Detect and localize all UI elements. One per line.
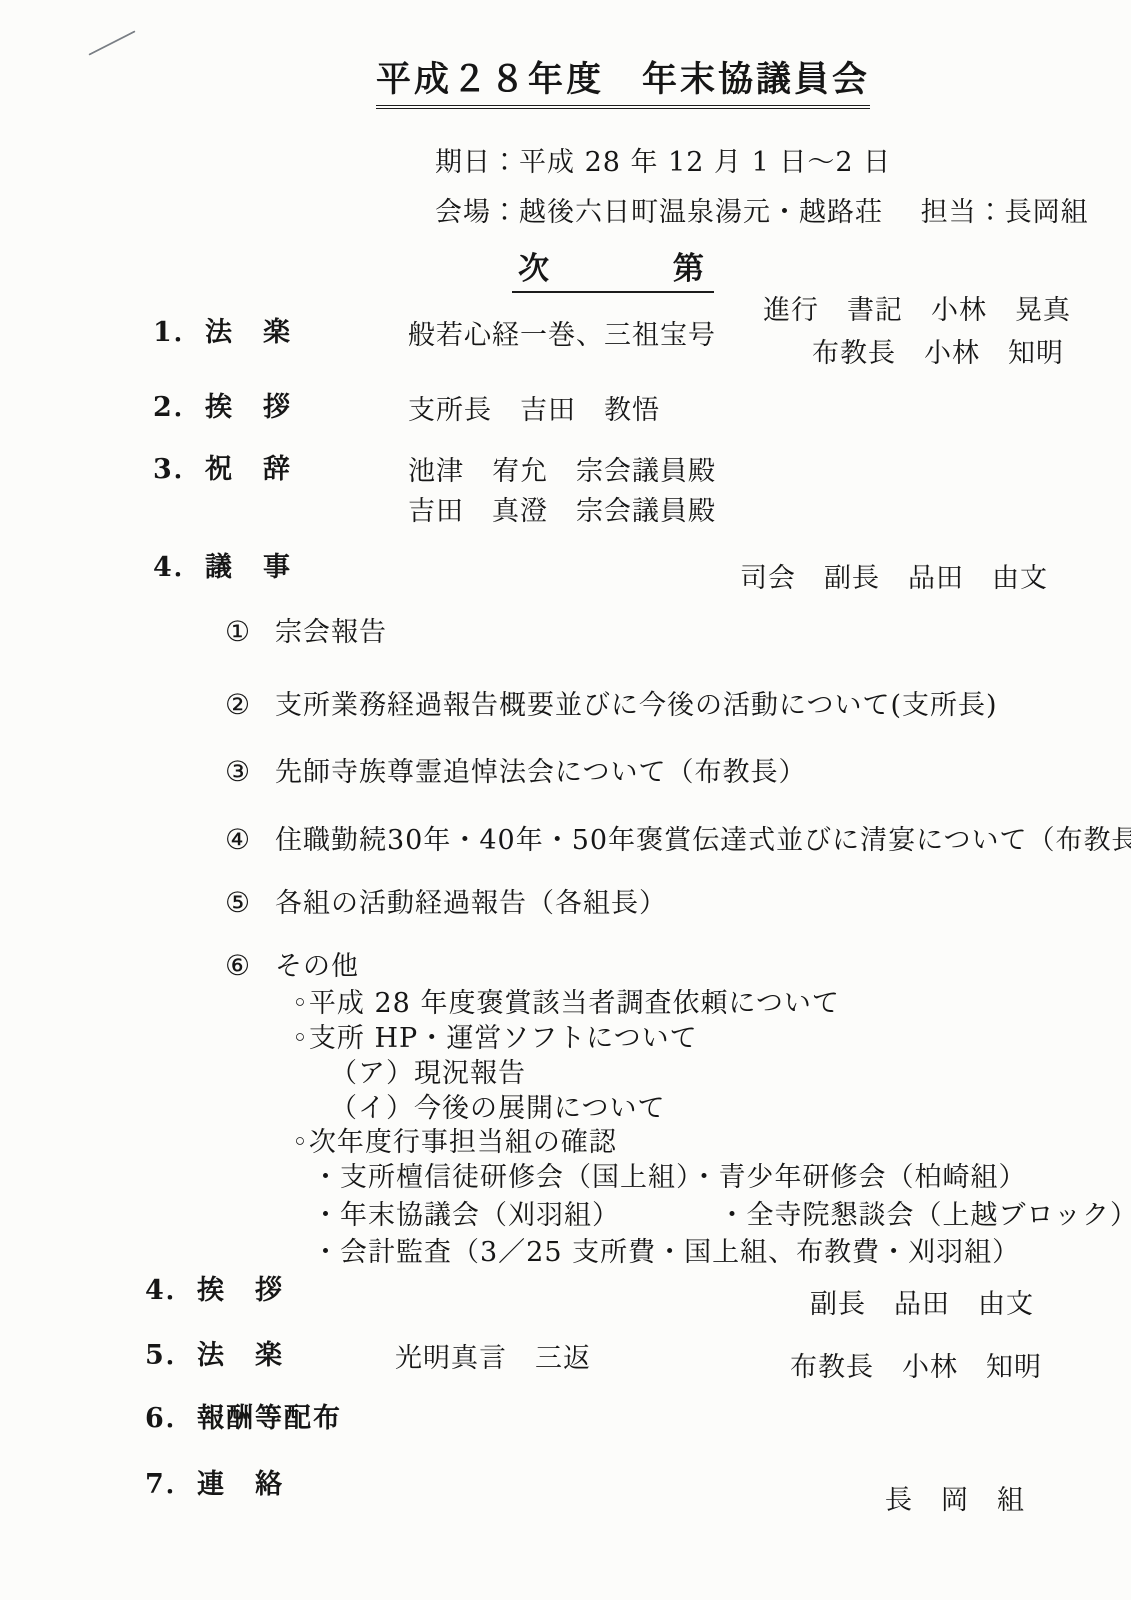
sonota-bullet-2: ◦支所 HP・運営ソフトについて xyxy=(292,1016,698,1055)
document-page: 平成２８年度 年末協議員会 期日：平成 28 年 12 月 1 日～2 日 会場… xyxy=(0,0,1131,1600)
giji-subitem-4-marker: ④ xyxy=(225,823,275,856)
item-5-number: 5． xyxy=(145,1333,197,1372)
giji-subitem-2: ②支所業務経過報告概要並びに今後の活動について(支所長) xyxy=(225,683,998,722)
item-3-detail-1: 池津 宥允 宗会議員殿 xyxy=(408,449,716,488)
item-4b-label: 挨 拶 xyxy=(197,1275,284,1306)
item-6-heading: 6．報酬等配布 xyxy=(145,1396,342,1435)
giji-subitem-5-text: 各組の活動経過報告（各組長） xyxy=(275,888,667,919)
giji-subitem-5-marker: ⑤ xyxy=(225,886,275,919)
page-title-text: 平成２８年度 年末協議員会 xyxy=(376,59,870,109)
item-5-heading: 5．法 楽 xyxy=(145,1333,284,1372)
item-4-heading: 4．議 事 xyxy=(153,545,292,584)
giji-subitem-6-marker: ⑥ xyxy=(225,949,275,982)
item-4-number: 4． xyxy=(153,545,205,584)
item-2-detail: 支所長 吉田 教悟 xyxy=(408,388,660,427)
sonota-bullet-3c: ・会計監査（3／25 支所費・国上組、布教費・刈羽組） xyxy=(312,1230,1020,1269)
item-4b-right: 副長 品田 由文 xyxy=(810,1282,1034,1321)
item-4-label: 議 事 xyxy=(205,552,292,583)
official-missionary-line: 布教長 小林 知明 xyxy=(812,331,1064,370)
giji-subitem-1: ①宗会報告 xyxy=(225,610,387,649)
agenda-heading-text: 次 第 xyxy=(512,251,714,293)
giji-subitem-6: ⑥その他 xyxy=(225,944,359,983)
item-7-label: 連 絡 xyxy=(197,1469,284,1500)
item-2-label: 挨 拶 xyxy=(205,392,292,423)
item-5-right: 布教長 小林 知明 xyxy=(790,1345,1042,1384)
item-4b-number: 4． xyxy=(145,1268,197,1307)
item-4-chair: 司会 副長 品田 由文 xyxy=(740,556,1048,595)
item-6-number: 6． xyxy=(145,1396,197,1435)
giji-subitem-2-text: 支所業務経過報告概要並びに今後の活動について(支所長) xyxy=(275,690,998,721)
item-1-heading: 1．法 楽 xyxy=(153,310,292,349)
giji-subitem-6-text: その他 xyxy=(275,951,359,982)
item-3-label: 祝 辞 xyxy=(205,454,292,485)
sonota-bullet-3b: ・年末協議会（刈羽組） ・全寺院懇談会（上越ブロック） xyxy=(312,1193,1131,1232)
sonota-bullet-3: ◦次年度行事担当組の確認 xyxy=(292,1120,617,1159)
item-2-number: 2． xyxy=(153,385,205,424)
item-7-heading: 7．連 絡 xyxy=(145,1462,284,1501)
item-4b-heading: 4．挨 拶 xyxy=(145,1268,284,1307)
date-line: 期日：平成 28 年 12 月 1 日～2 日 xyxy=(435,140,891,179)
item-1-number: 1． xyxy=(153,310,205,349)
item-1-detail: 般若心経一巻、三祖宝号 xyxy=(408,313,716,352)
item-1-label: 法 楽 xyxy=(205,317,292,348)
sonota-bullet-2a: （ア）現況報告 xyxy=(330,1051,526,1090)
giji-subitem-4-text: 住職勤続30年・40年・50年褒賞伝達式並びに清宴について（布教長） xyxy=(275,825,1131,856)
giji-subitem-4: ④住職勤続30年・40年・50年褒賞伝達式並びに清宴について（布教長） xyxy=(225,818,1131,857)
item-6-label: 報酬等配布 xyxy=(197,1403,342,1434)
giji-subitem-5: ⑤各組の活動経過報告（各組長） xyxy=(225,881,667,920)
item-7-right: 長 岡 組 xyxy=(885,1478,1025,1517)
giji-subitem-3-marker: ③ xyxy=(225,755,275,788)
giji-subitem-1-text: 宗会報告 xyxy=(275,617,387,648)
giji-subitem-1-marker: ① xyxy=(225,615,275,648)
official-moderator-line: 進行 書記 小林 晃真 xyxy=(763,288,1071,327)
item-3-detail-2: 吉田 真澄 宗会議員殿 xyxy=(408,489,716,528)
sonota-bullet-1: ◦平成 28 年度褒賞該当者調査依頼について xyxy=(292,981,840,1020)
item-3-heading: 3．祝 辞 xyxy=(153,447,292,486)
venue-line: 会場：越後六日町温泉湯元・越路荘 担当：長岡組 xyxy=(435,190,1089,229)
giji-subitem-3-text: 先師寺族尊霊追悼法会について（布教長） xyxy=(275,757,806,788)
item-2-heading: 2．挨 拶 xyxy=(153,385,292,424)
pen-mark-artifact xyxy=(88,30,135,55)
giji-subitem-3: ③先師寺族尊霊追悼法会について（布教長） xyxy=(225,750,806,789)
item-5-label: 法 楽 xyxy=(197,1340,284,1371)
item-7-number: 7． xyxy=(145,1462,197,1501)
sonota-bullet-3a: ・支所檀信徒研修会（国上組）・青少年研修会（柏崎組） xyxy=(312,1155,1027,1194)
item-5-detail: 光明真言 三返 xyxy=(395,1336,591,1375)
giji-subitem-2-marker: ② xyxy=(225,688,275,721)
agenda-heading: 次 第 xyxy=(512,243,714,288)
page-title: 平成２８年度 年末協議員会 xyxy=(376,52,870,102)
item-3-number: 3． xyxy=(153,447,205,486)
